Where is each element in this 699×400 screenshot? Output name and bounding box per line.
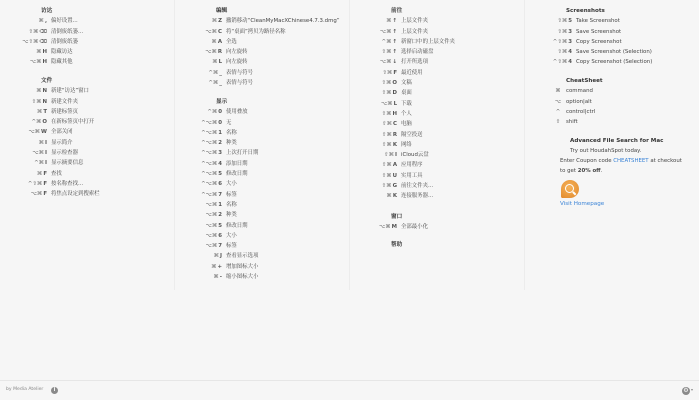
shortcut-row[interactable]: ⇧⌘N新建文件夹 bbox=[0, 97, 174, 107]
shortcut-keys: ^⇧⌘4 bbox=[525, 57, 572, 67]
shortcut-row[interactable]: ⌘H隐藏访达 bbox=[0, 47, 174, 57]
key: 4 bbox=[218, 161, 222, 167]
legend-label: option|alt bbox=[566, 97, 592, 107]
promo-line-1: Try out HoudahSpot today. bbox=[570, 146, 699, 156]
shortcut-label: 新建文件夹 bbox=[51, 97, 78, 107]
modifier-keys: ⌥⌘ bbox=[206, 233, 218, 239]
info-icon[interactable]: i bbox=[51, 387, 58, 394]
shortcut-row[interactable]: ⌥⌘C将“桌面”拷贝为路径名称 bbox=[175, 27, 349, 37]
key: F bbox=[43, 171, 47, 177]
shortcut-keys: ^⌥⌘1 bbox=[175, 128, 222, 138]
shortcut-label: 表情与符号 bbox=[226, 68, 253, 78]
key: 5 bbox=[568, 18, 572, 24]
shortcut-row[interactable]: ⌥⌘6大小 bbox=[175, 231, 349, 241]
key: G bbox=[393, 183, 397, 189]
modifier-keys: ⌥⌘ bbox=[381, 101, 393, 107]
shortcut-label: 应用程序 bbox=[401, 160, 423, 170]
shortcut-keys: ^⌘I bbox=[0, 158, 47, 168]
shortcut-label: 表情与符号 bbox=[226, 78, 253, 88]
modifier-keys: ^⌘ bbox=[208, 80, 218, 86]
modifier-keys: ⇧⌘ bbox=[382, 183, 392, 189]
shortcut-label: 使用叠放 bbox=[226, 107, 248, 117]
modifier-keys: ⇧⌘ bbox=[382, 90, 392, 96]
shortcut-label: 将焦点设定到搜索栏 bbox=[51, 189, 100, 199]
shortcut-label: 显示摘要信息 bbox=[51, 158, 83, 168]
footer-bar: by Media Atelier i ⚙ ▾ bbox=[0, 380, 699, 400]
shortcut-label: 隐藏其他 bbox=[51, 57, 73, 67]
key: 5 bbox=[218, 223, 222, 229]
shortcut-keys: ^⇧⌘F bbox=[0, 179, 47, 189]
modifier-keys: ^⌥⌘ bbox=[201, 181, 217, 187]
shortcut-keys: ^⌘↑ bbox=[350, 37, 397, 47]
shortcut-row[interactable]: ⇧⌘5Take Screenshot bbox=[525, 16, 699, 26]
legend-label: shift bbox=[566, 117, 578, 127]
shortcut-keys: ⇧⌘N bbox=[0, 97, 47, 107]
shortcut-row[interactable]: ^⇧⌘3Copy Screenshot bbox=[525, 37, 699, 47]
shortcut-keys: ⌥⌘2 bbox=[175, 210, 222, 220]
shortcut-keys: ⇧⌘F bbox=[350, 68, 397, 78]
shortcut-label: Take Screenshot bbox=[576, 16, 620, 26]
shortcut-row[interactable]: ⌘I显示简介 bbox=[0, 138, 174, 148]
modifier-keys: ⌘ bbox=[36, 49, 41, 55]
key: F bbox=[393, 70, 397, 76]
shortcut-row[interactable]: ⌘+增加图标大小 bbox=[175, 262, 349, 272]
modifier-keys: ⌥⌘ bbox=[379, 224, 391, 230]
shortcut-row[interactable]: ^⌘O在新标签页中打开 bbox=[0, 117, 174, 127]
shortcut-keys: ⇧⌘R bbox=[350, 130, 397, 140]
key: W bbox=[41, 129, 47, 135]
shortcut-label: Copy Screenshot bbox=[576, 37, 622, 47]
cheatsheet-title: CheatSheet bbox=[566, 76, 696, 86]
modifier-keys: ⌘ bbox=[386, 193, 391, 199]
key: _ bbox=[219, 70, 222, 76]
shortcut-row[interactable]: ^⌥⌘4添加日期 bbox=[175, 159, 349, 169]
shortcut-label: 增加图标大小 bbox=[226, 262, 258, 272]
shortcut-keys: ^⌥⌘6 bbox=[175, 179, 222, 189]
shortcut-row[interactable]: ⌥⌘F将焦点设定到搜索栏 bbox=[0, 189, 174, 199]
shortcut-row[interactable]: ⌥⌘2种类 bbox=[175, 210, 349, 220]
legend-row-option: ⌥ option|alt bbox=[566, 97, 696, 107]
shortcut-row[interactable]: ⇧⌘C电脑 bbox=[350, 119, 524, 129]
coupon-code: CHEATSHEET bbox=[613, 158, 648, 164]
shortcut-keys: ⌥⌘6 bbox=[175, 231, 222, 241]
shortcut-keys: ⌥⇧⌘⌫ bbox=[0, 37, 47, 47]
key: 2 bbox=[218, 140, 222, 146]
shortcut-label: 种类 bbox=[226, 138, 237, 148]
modifier-keys: ⌘ bbox=[36, 88, 41, 94]
shortcut-row[interactable]: ^⇧⌘F按名称查找... bbox=[0, 179, 174, 189]
key: K bbox=[393, 193, 397, 199]
shortcut-row[interactable]: ⇧⌘K网络 bbox=[350, 140, 524, 150]
shortcut-label: Save Screenshot (Selection) bbox=[576, 47, 652, 57]
shortcut-label: 添加日期 bbox=[226, 159, 248, 169]
shortcut-keys: ⌥⌘↓ bbox=[350, 57, 397, 67]
shortcut-row[interactable]: ⌘Z撤销移动“CleanMyMacXChinese4.7.3.dmg” bbox=[175, 16, 349, 26]
shortcut-label: 桌面 bbox=[401, 88, 412, 98]
modifier-keys: ⇧⌘ bbox=[382, 132, 392, 138]
modifier-keys: ^⌥⌘ bbox=[201, 130, 217, 136]
shortcut-label: 清倒废纸篓... bbox=[51, 27, 83, 37]
modifier-keys: ⇧⌘ bbox=[28, 29, 38, 35]
shortcut-keys: ⇧⌘4 bbox=[525, 47, 572, 57]
shortcut-row[interactable]: ⌥⌘↓打开所选项 bbox=[350, 57, 524, 67]
shortcut-row[interactable]: ⌘K连接服务器... bbox=[350, 191, 524, 201]
shortcut-section: 前往⌘↑上层文件夹⌥⌘↑上层文件夹^⌘↑新窗口中的上层文件夹⇧⌘↑选择启动磁盘⌥… bbox=[350, 6, 524, 202]
shortcut-row[interactable]: ^⌘I显示摘要信息 bbox=[0, 158, 174, 168]
key: ↑ bbox=[392, 39, 397, 45]
shortcut-label: 向左旋转 bbox=[226, 57, 248, 67]
shift-key-icon: ⇧ bbox=[554, 117, 562, 127]
shortcut-row[interactable]: ⇧⌘4Save Screenshot (Selection) bbox=[525, 47, 699, 57]
shortcut-row[interactable]: ^⌘_表情与符号 bbox=[175, 68, 349, 78]
shortcut-row[interactable]: ⌥⌘1名称 bbox=[175, 200, 349, 210]
shortcut-row[interactable]: ⇧⌘↑选择启动磁盘 bbox=[350, 47, 524, 57]
modifier-keys: ⌘ bbox=[37, 171, 42, 177]
modifier-keys: ⇧⌘ bbox=[382, 162, 392, 168]
shortcut-row[interactable]: ⌥⌘7标签 bbox=[175, 241, 349, 251]
modifier-keys: ^⌘ bbox=[34, 160, 44, 166]
shortcut-row[interactable]: ^⌥⌘2种类 bbox=[175, 138, 349, 148]
shortcut-keys: ⇧⌘⌫ bbox=[0, 27, 47, 37]
key: 4 bbox=[568, 59, 572, 65]
shortcut-label: 上层文件夹 bbox=[401, 27, 428, 37]
modifier-keys: ⌘ bbox=[39, 18, 44, 24]
shortcut-row[interactable]: ⌘↑上层文件夹 bbox=[350, 16, 524, 26]
shortcut-keys: ⇧⌘A bbox=[350, 160, 397, 170]
shortcut-keys: ⇧⌘5 bbox=[525, 16, 572, 26]
legend-label: control|ctrl bbox=[566, 107, 595, 117]
modifier-keys: ^⌘ bbox=[382, 39, 392, 45]
shortcut-label: 文稿 bbox=[401, 78, 412, 88]
shortcut-row[interactable]: ^⌥⌘5修改日期 bbox=[175, 169, 349, 179]
shortcut-row[interactable]: ⌘,偏好设置... bbox=[0, 16, 174, 26]
key: , bbox=[45, 18, 47, 24]
shortcut-label: 显示检查器 bbox=[51, 148, 78, 158]
key: R bbox=[393, 132, 397, 138]
shortcut-row[interactable]: ⇧⌘3Save Screenshot bbox=[525, 27, 699, 37]
shortcut-label: 偏好设置... bbox=[51, 16, 78, 26]
shortcut-keys: ^⌥⌘3 bbox=[175, 148, 222, 158]
promo-text: to get bbox=[560, 168, 578, 174]
key: ↓ bbox=[392, 59, 397, 65]
key: A bbox=[393, 162, 397, 168]
shortcut-label: 撤销移动“CleanMyMacXChinese4.7.3.dmg” bbox=[226, 16, 340, 26]
shortcut-keys: ⌘H bbox=[0, 47, 47, 57]
key: D bbox=[393, 90, 397, 96]
key: + bbox=[217, 264, 222, 270]
key: A bbox=[218, 39, 222, 45]
shortcut-section: 帮助 bbox=[350, 240, 524, 250]
shortcut-keys: ⌘K bbox=[350, 191, 397, 201]
shortcut-keys: ⇧⌘↑ bbox=[350, 47, 397, 57]
shortcut-keys: ⇧⌘K bbox=[350, 140, 397, 150]
shortcut-keys: ⌘- bbox=[175, 272, 222, 282]
key: 3 bbox=[568, 39, 572, 45]
shortcut-row[interactable]: ⌘A全选 bbox=[175, 37, 349, 47]
key: 1 bbox=[218, 202, 222, 208]
shortcut-row[interactable]: ⌥⌘R向左旋转 bbox=[175, 47, 349, 57]
shortcut-row[interactable]: ⌥⌘W全部关闭 bbox=[0, 127, 174, 137]
shortcut-keys: ⌘T bbox=[0, 107, 47, 117]
promo-houdahspot: Advanced File Search for Mac Try out Hou… bbox=[560, 136, 699, 207]
shortcut-keys: ⌘Z bbox=[175, 16, 222, 26]
discount-text: 20% off bbox=[578, 168, 601, 174]
shortcut-row[interactable]: ⌘T新建标签页 bbox=[0, 107, 174, 117]
modifier-keys: ^⌘ bbox=[207, 109, 217, 115]
chevron-down-icon[interactable]: ▾ bbox=[691, 387, 693, 392]
shortcut-row[interactable]: ^⌥⌘3上次打开日期 bbox=[175, 148, 349, 158]
shortcut-section: 文件⌘N新建“访达”窗口⇧⌘N新建文件夹⌘T新建标签页^⌘O在新标签页中打开⌥⌘… bbox=[0, 76, 174, 200]
key: ↑ bbox=[392, 29, 397, 35]
modifier-keys: ^⌘ bbox=[208, 70, 218, 76]
modifier-keys: ^⌘ bbox=[31, 119, 41, 125]
modifier-keys: ⌘ bbox=[211, 39, 216, 45]
modifier-keys: ⌥⌘ bbox=[31, 191, 43, 197]
modifier-keys: ⌥⇧⌘ bbox=[22, 39, 38, 45]
cheatsheet-legend: CheatSheet ⌘ command ⌥ option|alt ^ cont… bbox=[566, 76, 696, 127]
key: H bbox=[392, 111, 397, 117]
shortcut-row[interactable]: ⌥⌘5修改日期 bbox=[175, 221, 349, 231]
key: ↑ bbox=[392, 18, 397, 24]
shortcut-label: 下载 bbox=[401, 99, 412, 109]
shortcut-row[interactable]: ⇧⌘⌫清倒废纸篓... bbox=[0, 27, 174, 37]
key: 6 bbox=[218, 181, 222, 187]
shortcut-row[interactable]: ^⌘↑新窗口中的上层文件夹 bbox=[350, 37, 524, 47]
section-title: 文件 bbox=[41, 76, 174, 86]
key: ⌫ bbox=[39, 29, 47, 35]
key: 6 bbox=[218, 233, 222, 239]
shortcut-label: 名称 bbox=[226, 200, 237, 210]
key: 7 bbox=[218, 192, 222, 198]
key: 0 bbox=[218, 109, 222, 115]
modifier-keys: ^⌥⌘ bbox=[201, 120, 217, 126]
shortcut-keys: ⌘A bbox=[175, 37, 222, 47]
shortcut-keys: ⌥⌘5 bbox=[175, 221, 222, 231]
shortcut-row[interactable]: ⇧⌘H个人 bbox=[350, 109, 524, 119]
houdahspot-magnifier-icon[interactable] bbox=[561, 180, 579, 198]
shortcut-row[interactable]: ^⌥⌘6大小 bbox=[175, 179, 349, 189]
shortcut-label: 标签 bbox=[226, 241, 237, 251]
shortcut-row[interactable]: ⇧⌘IiCloud云盘 bbox=[350, 150, 524, 160]
shortcut-label: 查找 bbox=[51, 169, 62, 179]
shortcut-row[interactable]: ⌥⇧⌘⌫清倒废纸篓 bbox=[0, 37, 174, 47]
shortcut-keys: ⌥⌘F bbox=[0, 189, 47, 199]
shortcut-label: 清倒废纸篓 bbox=[51, 37, 78, 47]
gear-icon[interactable]: ⚙ bbox=[682, 387, 690, 395]
shortcut-label: 全部关闭 bbox=[51, 127, 73, 137]
section-title: 前往 bbox=[391, 6, 524, 16]
shortcut-row[interactable]: ^⌘_表情与符号 bbox=[175, 78, 349, 88]
shortcut-keys: ^⌘_ bbox=[175, 68, 222, 78]
shortcut-row[interactable]: ⌘-缩小图标大小 bbox=[175, 272, 349, 282]
shortcut-section: 访达⌘,偏好设置...⇧⌘⌫清倒废纸篓...⌥⇧⌘⌫清倒废纸篓⌘H隐藏访达⌥⌘H… bbox=[0, 6, 174, 68]
visit-homepage-link[interactable]: Visit Homepage bbox=[560, 201, 699, 207]
key: H bbox=[42, 49, 47, 55]
shortcut-row[interactable]: ⌥⌘↑上层文件夹 bbox=[350, 27, 524, 37]
legend-row-shift: ⇧ shift bbox=[566, 117, 696, 127]
shortcut-keys: ⌥⌘C bbox=[175, 27, 222, 37]
key: 2 bbox=[218, 212, 222, 218]
shortcut-label: iCloud云盘 bbox=[401, 150, 429, 160]
shortcut-row[interactable]: ⌥⌘H隐藏其他 bbox=[0, 57, 174, 67]
shortcut-keys: ⌥⌘7 bbox=[175, 241, 222, 251]
section-title: 帮助 bbox=[391, 240, 524, 250]
shortcut-label: Save Screenshot bbox=[576, 27, 621, 37]
key: 3 bbox=[218, 150, 222, 156]
shortcut-label: 在新标签页中打开 bbox=[51, 117, 94, 127]
shortcut-label: 最近使用 bbox=[401, 68, 423, 78]
shortcut-label: 新窗口中的上层文件夹 bbox=[401, 37, 455, 47]
modifier-keys: ⇧⌘ bbox=[382, 70, 392, 76]
key: F bbox=[43, 181, 47, 187]
modifier-keys: ^⌥⌘ bbox=[201, 140, 217, 146]
shortcut-keys: ⇧⌘3 bbox=[525, 27, 572, 37]
section-title: 编辑 bbox=[216, 6, 349, 16]
promo-text: . bbox=[601, 168, 603, 174]
shortcut-row[interactable]: ⌘L向左旋转 bbox=[175, 57, 349, 67]
shortcut-keys: ⌘L bbox=[175, 57, 222, 67]
shortcut-keys: ⌘, bbox=[0, 16, 47, 26]
shortcut-row[interactable]: ⇧⌘O文稿 bbox=[350, 78, 524, 88]
shortcut-keys: ^⌘_ bbox=[175, 78, 222, 88]
shortcut-row[interactable]: ^⇧⌘4Copy Screenshot (Selection) bbox=[525, 57, 699, 67]
shortcut-row[interactable]: ⇧⌘F最近使用 bbox=[350, 68, 524, 78]
shortcut-keys: ⇧⌘O bbox=[350, 78, 397, 88]
shortcut-keys: ⇧⌘D bbox=[350, 88, 397, 98]
key: T bbox=[43, 109, 47, 115]
shortcut-keys: ⇧⌘H bbox=[350, 109, 397, 119]
shortcut-label: 大小 bbox=[226, 231, 237, 241]
shortcut-label: 向左旋转 bbox=[226, 47, 248, 57]
key: R bbox=[218, 49, 222, 55]
section-title: 显示 bbox=[216, 97, 349, 107]
shortcut-keys: ^⌥⌘2 bbox=[175, 138, 222, 148]
shortcut-label: 隐藏访达 bbox=[51, 47, 73, 57]
shortcut-keys: ⌘↑ bbox=[350, 16, 397, 26]
modifier-keys: ⌥⌘ bbox=[380, 59, 392, 65]
promo-text: Enter Coupon code bbox=[560, 158, 613, 164]
shortcut-label: 选择启动磁盘 bbox=[401, 47, 433, 57]
shortcut-label: 实用工具 bbox=[401, 171, 423, 181]
key: O bbox=[392, 80, 397, 86]
shortcut-row[interactable]: ⌥⌘I显示检查器 bbox=[0, 148, 174, 158]
shortcut-section: 显示^⌘0使用叠放^⌥⌘0无^⌥⌘1名称^⌥⌘2种类^⌥⌘3上次打开日期^⌥⌘4… bbox=[175, 97, 349, 282]
shortcut-keys: ⌘N bbox=[0, 86, 47, 96]
modifier-keys: ^⌥⌘ bbox=[201, 161, 217, 167]
shortcut-keys: ⌥⌘1 bbox=[175, 200, 222, 210]
shortcut-row[interactable]: ⇧⌘D桌面 bbox=[350, 88, 524, 98]
legend-label: command bbox=[566, 86, 593, 96]
key: 7 bbox=[218, 243, 222, 249]
key: ↑ bbox=[392, 49, 397, 55]
shortcut-row[interactable]: ⌘F查找 bbox=[0, 169, 174, 179]
modifier-keys: ⇧⌘ bbox=[557, 18, 567, 24]
modifier-keys: ⌥⌘ bbox=[32, 150, 44, 156]
shortcut-section: 编辑⌘Z撤销移动“CleanMyMacXChinese4.7.3.dmg”⌥⌘C… bbox=[175, 6, 349, 88]
modifier-keys: ^⇧⌘ bbox=[553, 59, 567, 65]
key: M bbox=[392, 224, 397, 230]
key: L bbox=[394, 101, 397, 107]
shortcut-label: 名称 bbox=[226, 128, 237, 138]
modifier-keys: ⇧⌘ bbox=[382, 121, 392, 127]
shortcut-label: 隔空投送 bbox=[401, 130, 423, 140]
shortcut-keys: ^⌥⌘7 bbox=[175, 190, 222, 200]
modifier-keys: ⌥⌘ bbox=[206, 223, 218, 229]
shortcut-keys: ⌥⌘R bbox=[175, 47, 222, 57]
shortcut-row[interactable]: ⌥⌘M全部最小化 bbox=[350, 222, 524, 232]
key: O bbox=[42, 119, 47, 125]
key: I bbox=[395, 152, 397, 158]
shortcut-label: 按名称查找... bbox=[51, 179, 83, 189]
shortcut-keys: ^⌘0 bbox=[175, 107, 222, 117]
shortcut-row[interactable]: ⇧⌘R隔空投送 bbox=[350, 130, 524, 140]
legend-row-control: ^ control|ctrl bbox=[566, 107, 696, 117]
shortcut-label: 缩小图标大小 bbox=[226, 272, 258, 282]
shortcut-label: 新建标签页 bbox=[51, 107, 78, 117]
modifier-keys: ⇧⌘ bbox=[32, 99, 42, 105]
modifier-keys: ⌥⌘ bbox=[206, 212, 218, 218]
modifier-keys: ⇧⌘ bbox=[382, 173, 392, 179]
shortcut-row[interactable]: ^⌥⌘7标签 bbox=[175, 190, 349, 200]
modifier-keys: ⌥⌘ bbox=[30, 59, 42, 65]
promo-title: Advanced File Search for Mac bbox=[570, 136, 699, 146]
shortcut-keys: ⌥⌘I bbox=[0, 148, 47, 158]
shortcut-label: 前往文件夹... bbox=[401, 181, 433, 191]
key: N bbox=[42, 88, 47, 94]
shortcut-label: 种类 bbox=[226, 210, 237, 220]
key: - bbox=[220, 274, 222, 280]
shortcut-row[interactable]: ^⌥⌘0无 bbox=[175, 118, 349, 128]
option-key-icon: ⌥ bbox=[554, 97, 562, 107]
shortcut-row[interactable]: ⌥⌘L下载 bbox=[350, 99, 524, 109]
shortcut-row[interactable]: ⌘J查看显示选项 bbox=[175, 251, 349, 261]
modifier-keys: ⌥⌘ bbox=[206, 202, 218, 208]
shortcut-label: 个人 bbox=[401, 109, 412, 119]
key: _ bbox=[219, 80, 222, 86]
shortcut-label: 将“桌面”拷贝为路径名称 bbox=[226, 27, 286, 37]
modifier-keys: ⌘ bbox=[386, 18, 391, 24]
shortcut-row[interactable]: ⇧⌘G前往文件夹... bbox=[350, 181, 524, 191]
key: C bbox=[218, 29, 222, 35]
shortcut-keys: ^⌥⌘0 bbox=[175, 118, 222, 128]
shortcut-row[interactable]: ⇧⌘A应用程序 bbox=[350, 160, 524, 170]
modifier-keys: ⌘ bbox=[212, 18, 217, 24]
promo-line-2: Enter Coupon code CHEATSHEET at checkout bbox=[560, 156, 699, 166]
shortcut-section: 窗口⌥⌘M全部最小化 bbox=[350, 212, 524, 233]
key: 0 bbox=[218, 120, 222, 126]
modifier-keys: ^⇧⌘ bbox=[553, 39, 567, 45]
shortcut-row[interactable]: ⇧⌘U实用工具 bbox=[350, 171, 524, 181]
shortcut-row[interactable]: ⌘N新建“访达”窗口 bbox=[0, 86, 174, 96]
modifier-keys: ^⇧⌘ bbox=[28, 181, 42, 187]
shortcut-label: 上次打开日期 bbox=[226, 148, 258, 158]
shortcut-row[interactable]: ^⌥⌘1名称 bbox=[175, 128, 349, 138]
modifier-keys: ⇧⌘ bbox=[384, 152, 394, 158]
shortcut-keys: ⌥⌘W bbox=[0, 127, 47, 137]
shortcut-label: 显示简介 bbox=[51, 138, 73, 148]
shortcut-keys: ⇧⌘G bbox=[350, 181, 397, 191]
section-title: 窗口 bbox=[391, 212, 524, 222]
shortcut-keys: ^⌥⌘5 bbox=[175, 169, 222, 179]
shortcut-label: 全选 bbox=[226, 37, 237, 47]
shortcut-label: 无 bbox=[226, 118, 231, 128]
modifier-keys: ⇧⌘ bbox=[382, 49, 392, 55]
modifier-keys: ⇧⌘ bbox=[382, 111, 392, 117]
shortcut-row[interactable]: ^⌘0使用叠放 bbox=[175, 107, 349, 117]
shortcut-keys: ⌥⌘↑ bbox=[350, 27, 397, 37]
modifier-keys: ^⌥⌘ bbox=[201, 192, 217, 198]
modifier-keys: ⌘ bbox=[39, 140, 44, 146]
